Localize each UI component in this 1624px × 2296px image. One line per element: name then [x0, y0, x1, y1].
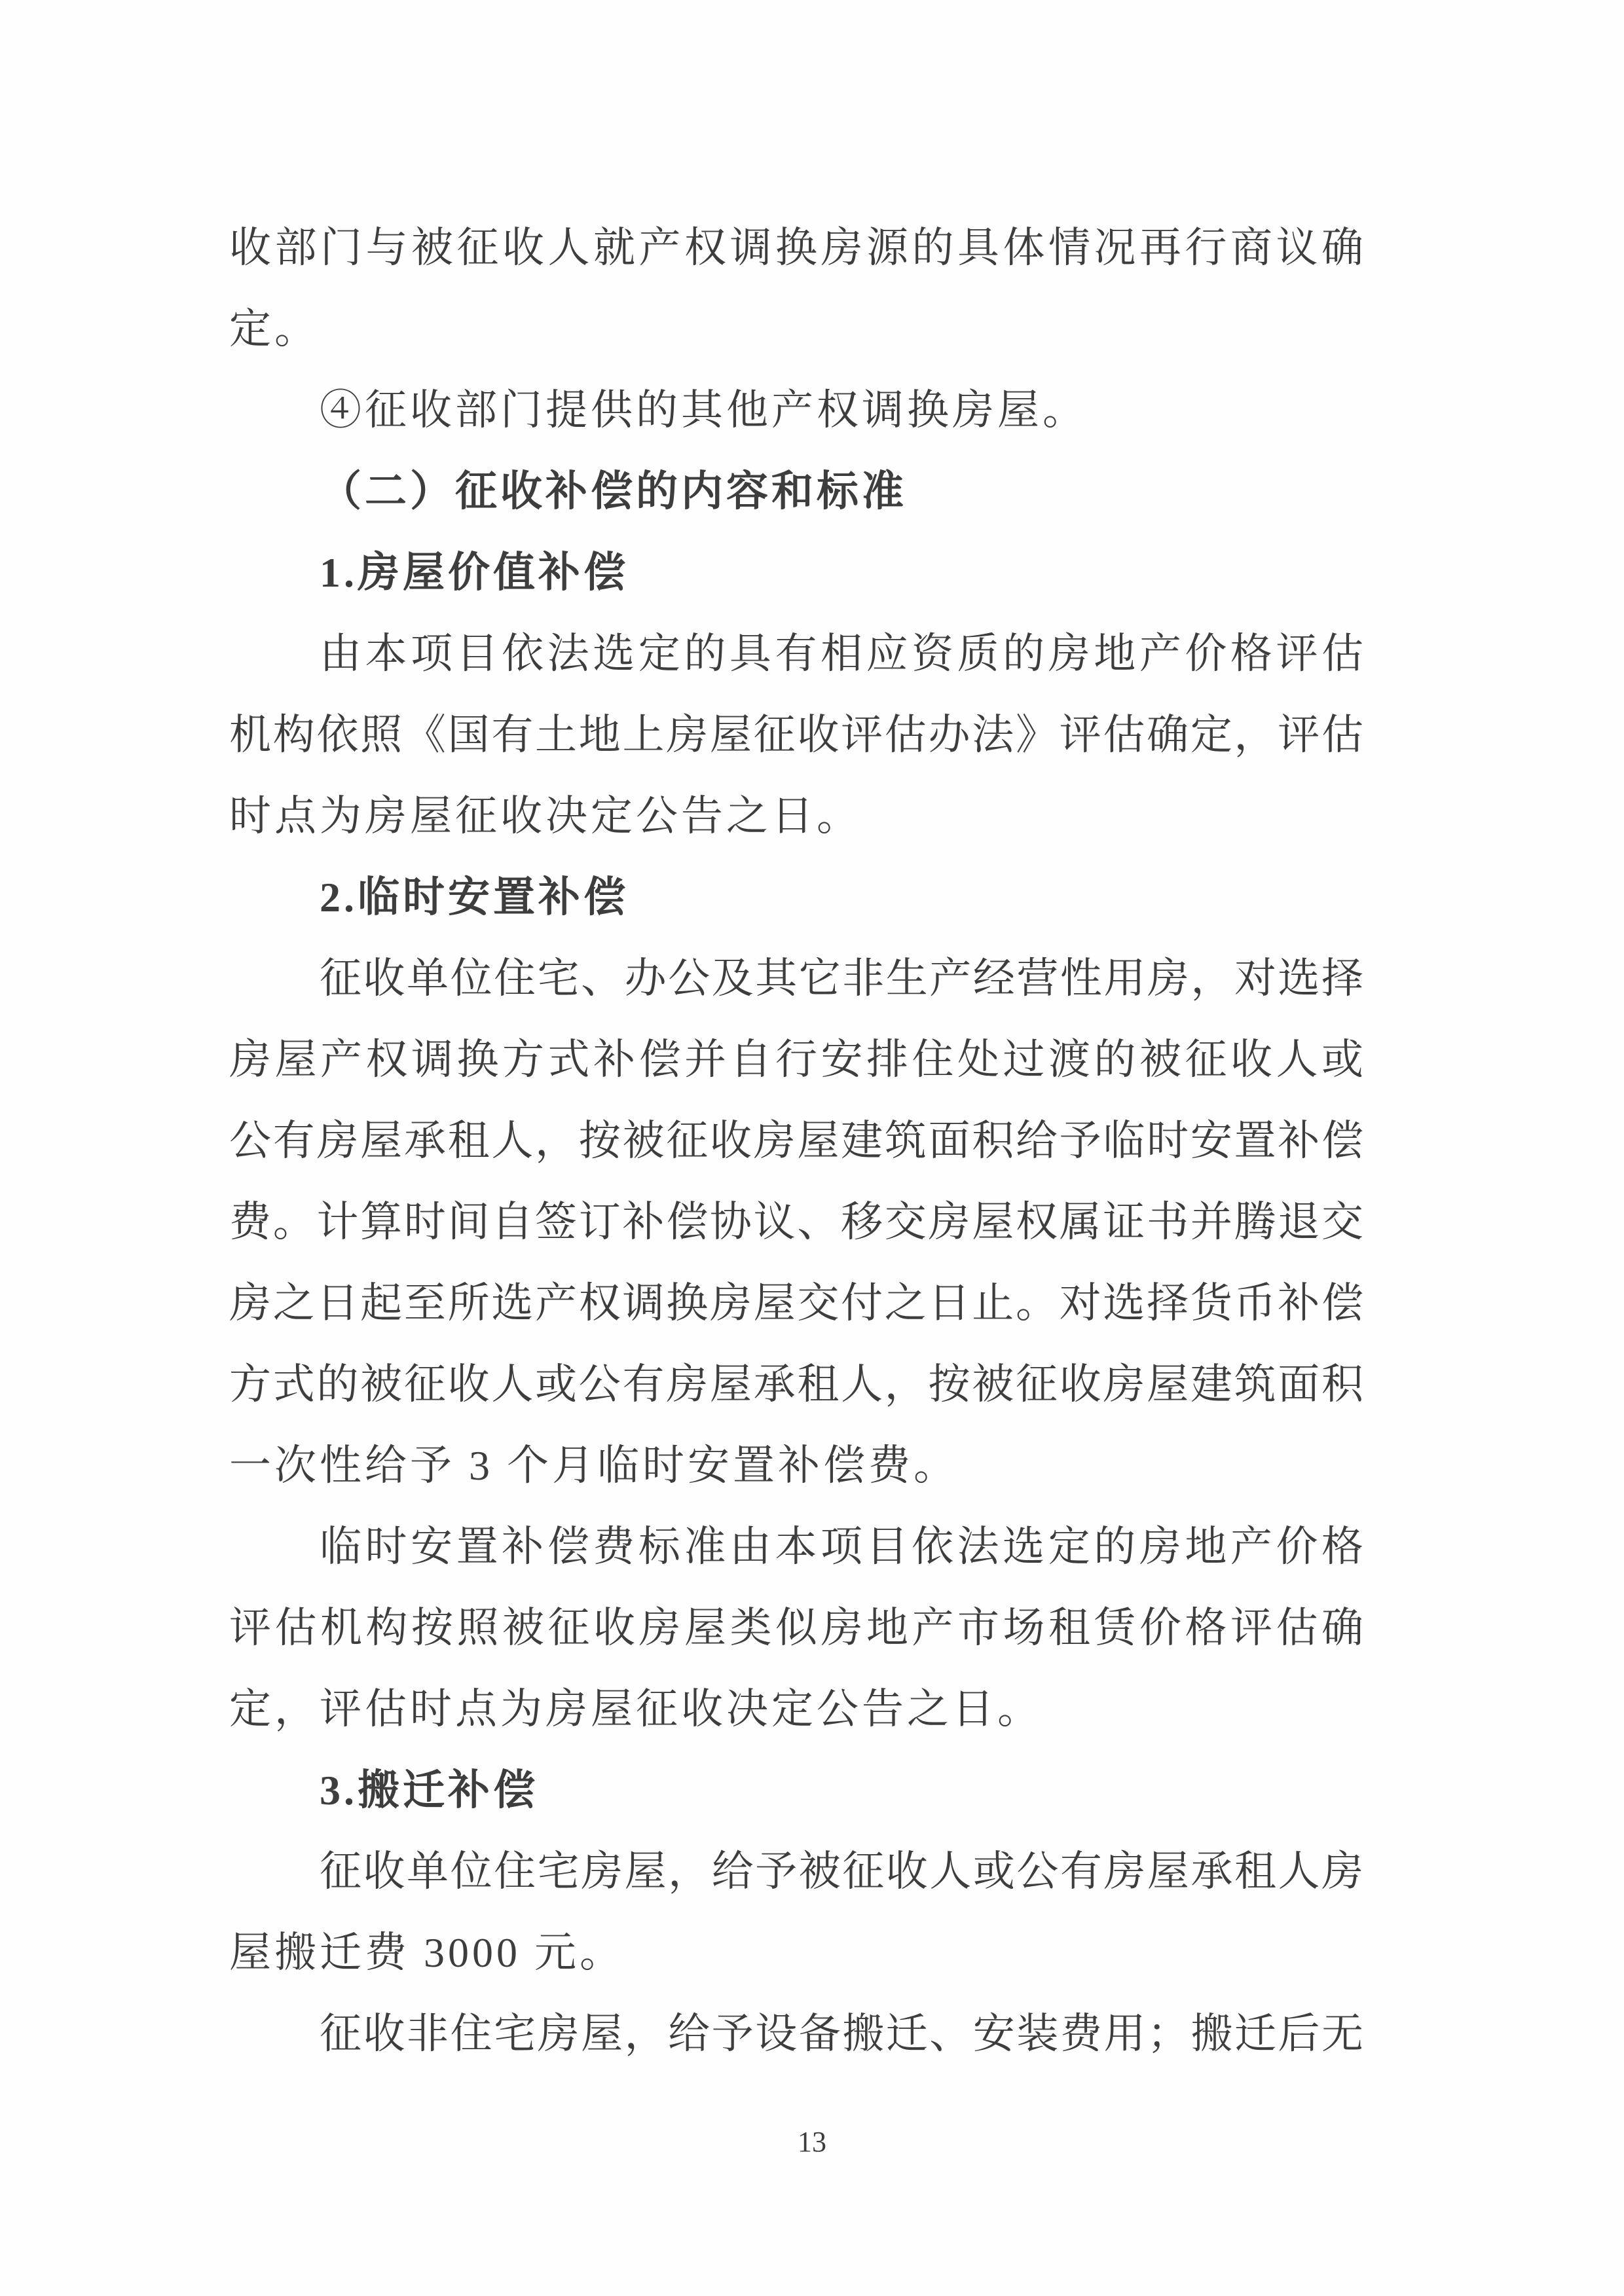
text-line: 由本项目依法选定的具有相应资质的房地产价格评估 [229, 613, 1363, 695]
text-line: 方式的被征收人或公有房屋承租人，按被征收房屋建筑面积 [229, 1344, 1363, 1425]
text-line: 征收非住宅房屋，给予设备搬迁、安装费用；搬迁后无 [229, 1994, 1363, 2075]
text-line: 时点为房屋征收决定公告之日。 [229, 776, 1363, 857]
text-line: 定。 [229, 289, 1363, 370]
text-line: 评估机构按照被征收房屋类似房地产市场租赁价格评估确 [229, 1588, 1363, 1669]
text-line: 房屋产权调换方式补偿并自行安排住处过渡的被征收人或 [229, 1019, 1363, 1101]
subsection-heading: 2.临时安置补偿 [229, 857, 1363, 938]
text-line: 一次性给予 3 个月临时安置补偿费。 [229, 1425, 1363, 1506]
text-line: ④征收部门提供的其他产权调换房屋。 [229, 370, 1363, 451]
text-line: 定，评估时点为房屋征收决定公告之日。 [229, 1669, 1363, 1750]
text-line: 房之日起至所选产权调换房屋交付之日止。对选择货币补偿 [229, 1263, 1363, 1344]
section-heading: （二）征收补偿的内容和标准 [229, 451, 1363, 532]
text-line: 征收单位住宅房屋，给予被征收人或公有房屋承租人房 [229, 1831, 1363, 1912]
text-line: 机构依照《国有土地上房屋征收评估办法》评估确定，评估 [229, 695, 1363, 776]
text-line: 收部门与被征收人就产权调换房源的具体情况再行商议确 [229, 208, 1363, 289]
page-number: 13 [0, 2123, 1624, 2162]
text-line: 屋搬迁费 3000 元。 [229, 1912, 1363, 1994]
document-page: 收部门与被征收人就产权调换房源的具体情况再行商议确 定。 ④征收部门提供的其他产… [0, 0, 1624, 2296]
text-block: 收部门与被征收人就产权调换房源的具体情况再行商议确 定。 ④征收部门提供的其他产… [229, 208, 1363, 2075]
text-line: 临时安置补偿费标准由本项目依法选定的房地产价格 [229, 1506, 1363, 1588]
text-line: 公有房屋承租人，按被征收房屋建筑面积给予临时安置补偿 [229, 1101, 1363, 1182]
text-line: 费。计算时间自签订补偿协议、移交房屋权属证书并腾退交 [229, 1182, 1363, 1263]
subsection-heading: 3.搬迁补偿 [229, 1750, 1363, 1831]
text-line: 征收单位住宅、办公及其它非生产经营性用房，对选择 [229, 938, 1363, 1019]
subsection-heading: 1.房屋价值补偿 [229, 532, 1363, 613]
